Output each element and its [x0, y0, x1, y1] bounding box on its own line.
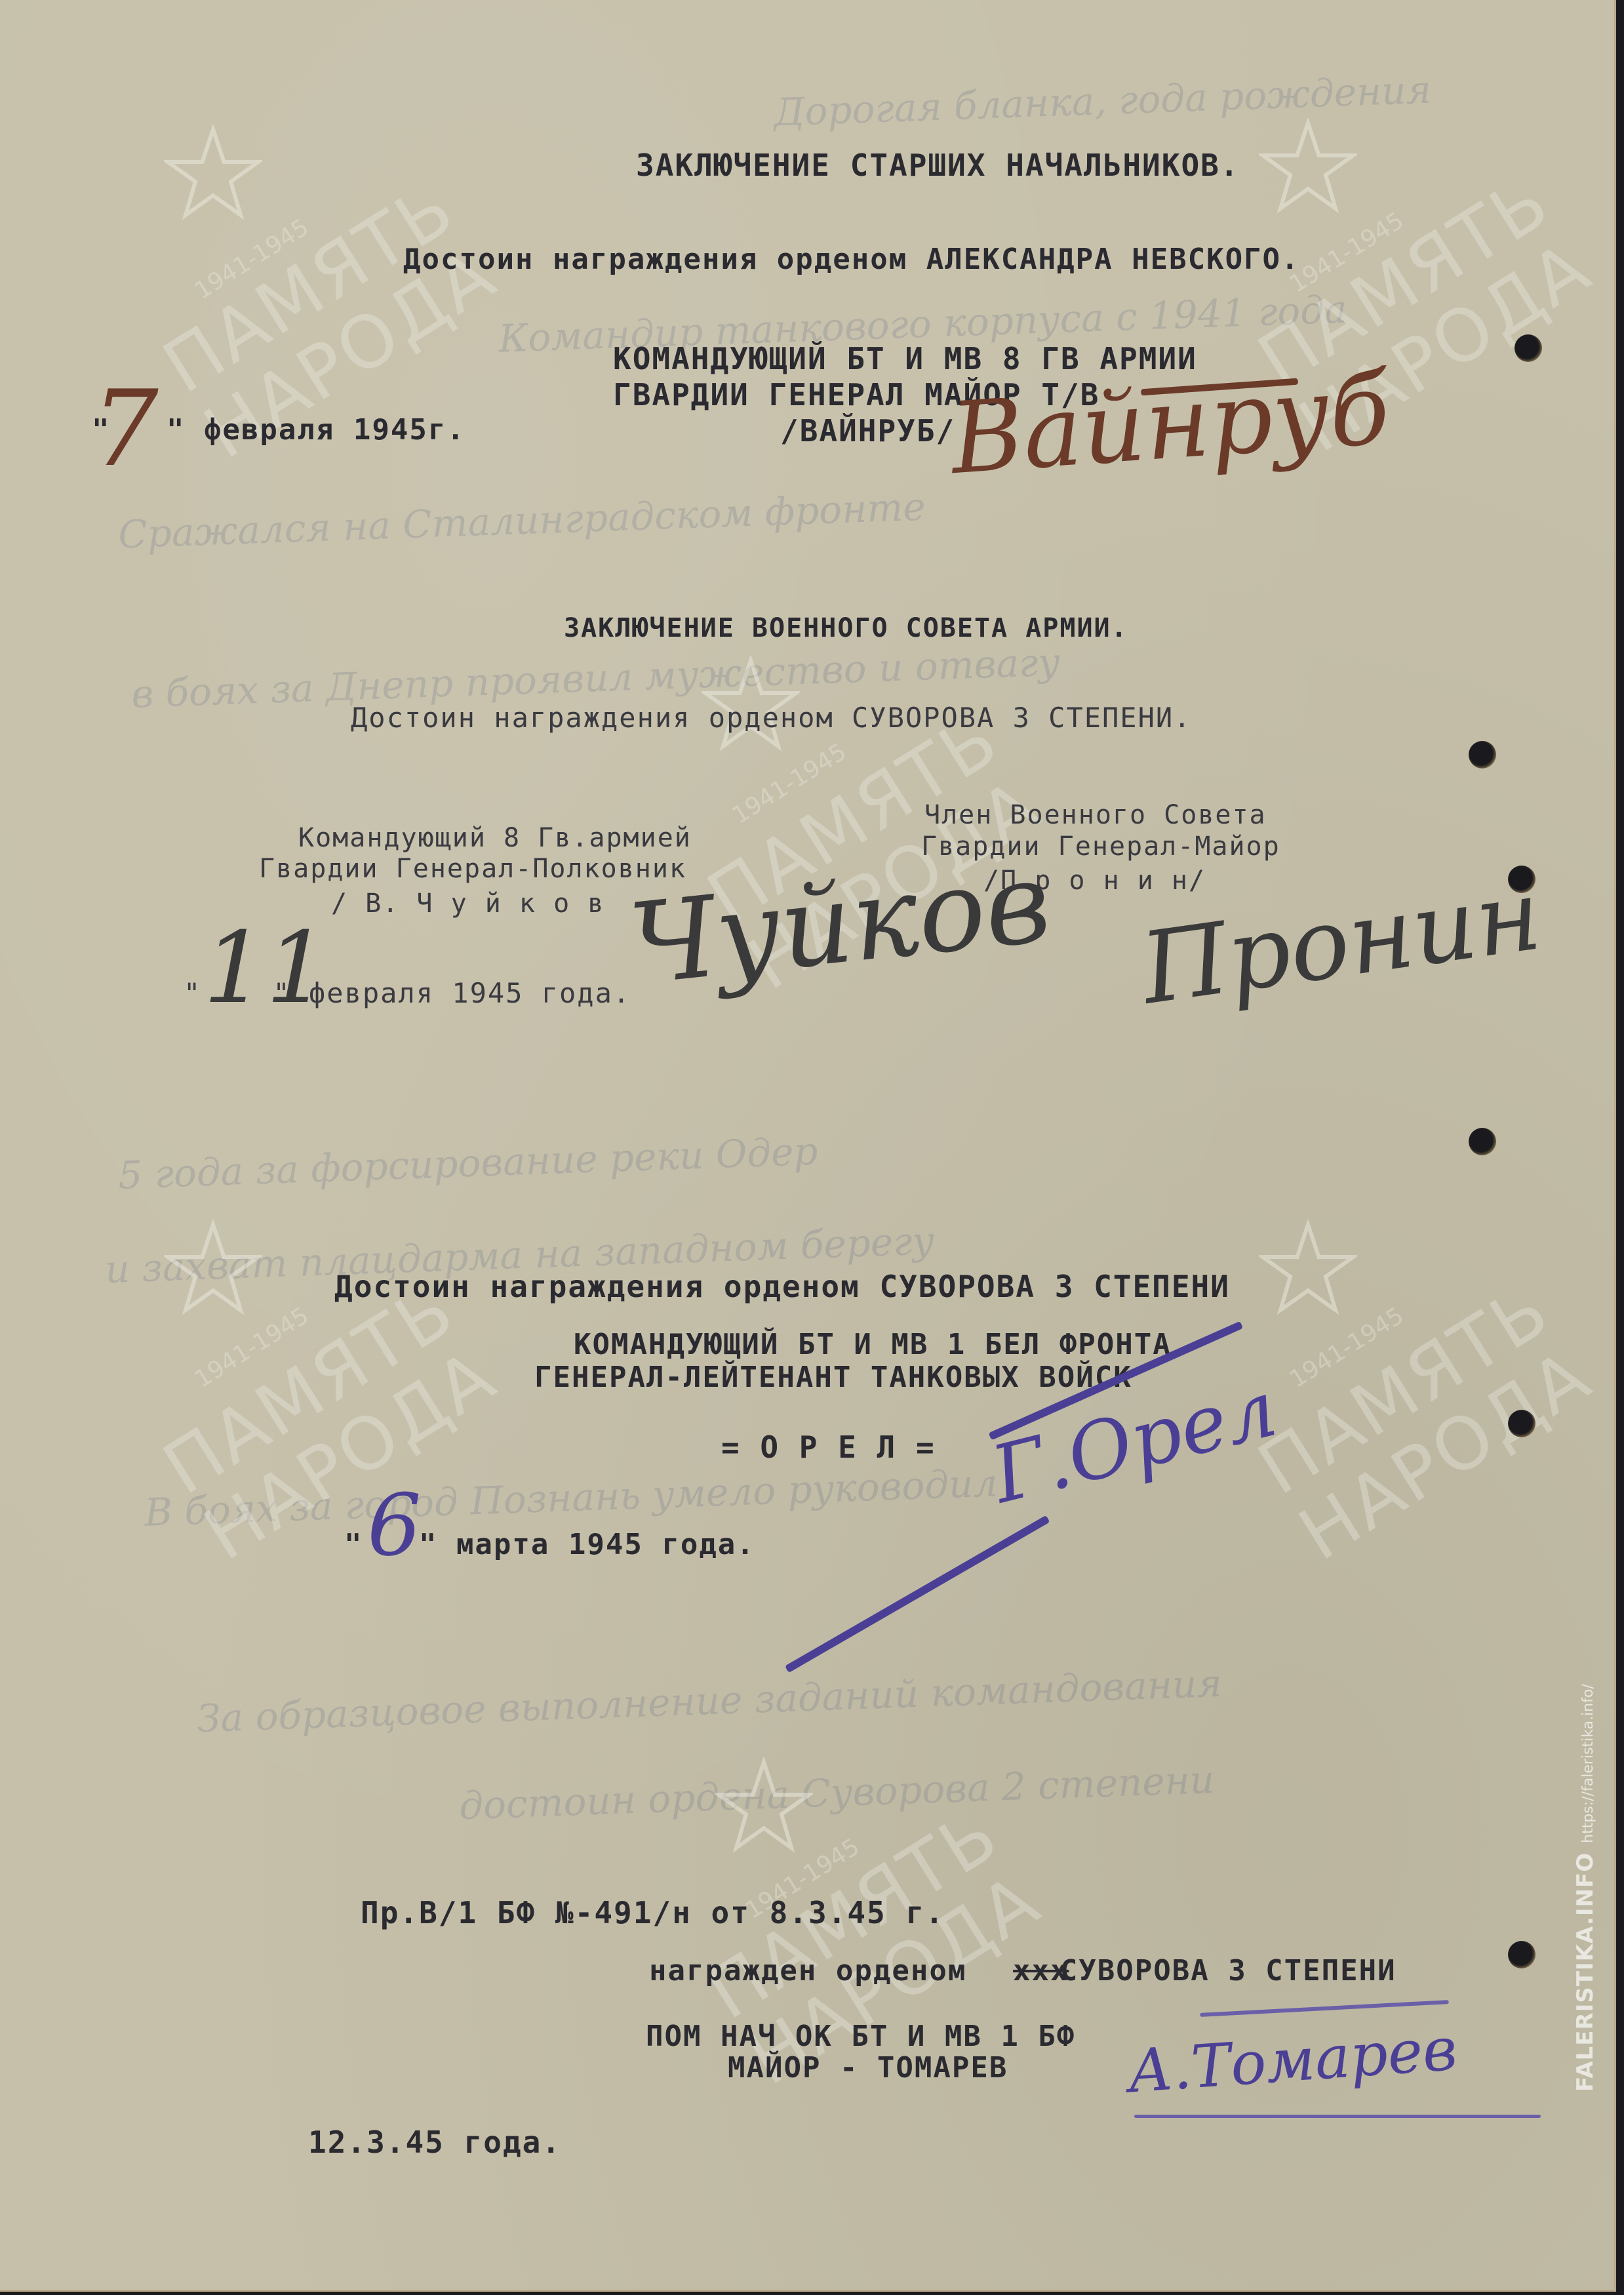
section2-left-signatory-line1: Командующий 8 Гв.армией	[298, 823, 692, 853]
star-icon	[715, 1757, 813, 1856]
section2-resolution: Достоин награждения орденом СУВОРОВА 3 С…	[351, 702, 1191, 734]
underline-stroke	[1134, 2115, 1541, 2118]
bleed-through-text: Сражался на Сталинградском фронте	[117, 485, 926, 557]
section1-resolution: Достоин награждения орденом АЛЕКСАНДРА Н…	[403, 243, 1300, 276]
bleed-through-text: За образцовое выполнение заданий командо…	[196, 1661, 1222, 1742]
section2-left-signature: Чуйков	[624, 837, 1056, 1010]
punch-hole	[1508, 1410, 1535, 1437]
section2-title: ЗАКЛЮЧЕНИЕ ВОЕННОГО СОВЕТА АРМИИ.	[564, 613, 1128, 643]
section4-signatory-line1: ПОМ НАЧ ОК БТ И МВ 1 БФ	[646, 2020, 1075, 2053]
punch-hole	[1469, 741, 1496, 768]
punch-hole	[1469, 1128, 1496, 1155]
section4-date: 12.3.45 года.	[308, 2125, 561, 2160]
section2-right-signatory-line1: Член Военного Совета	[924, 800, 1267, 830]
section3-resolution: Достоин награждения орденом СУВОРОВА 3 С…	[334, 1269, 1230, 1304]
document-page: Дорогая бланка, года рождения Командир т…	[0, 0, 1616, 2292]
bleed-through-text: 5 года за форсирование реки Одер	[117, 1128, 818, 1197]
section1-date-day: 7	[92, 367, 159, 490]
section1-signatory-name: /ВАЙНРУБ/	[780, 413, 955, 449]
star-icon	[1259, 1220, 1357, 1318]
section3-date-day: 6	[367, 1475, 422, 1575]
section1-title: ЗАКЛЮЧЕНИЕ СТАРШИХ НАЧАЛЬНИКОВ.	[636, 148, 1240, 183]
section4-order-ref: Пр.В/1 БФ №-491/н от 8.3.45 г.	[361, 1895, 945, 1930]
section3-signatory-name: = О Р Е Л =	[721, 1429, 936, 1465]
section4-struck-text: ххх	[1013, 1954, 1069, 1987]
punch-hole	[1515, 334, 1542, 362]
section2-left-signatory-name: / В. Ч у й к о в	[331, 888, 604, 919]
source-watermark: FALERISTIKA.INFOhttps://faleristika.info…	[1572, 1684, 1598, 2092]
punch-hole	[1508, 1941, 1535, 1968]
section4-signatory-line2: МАЙОР - ТОМАРЕВ	[728, 2051, 1008, 2085]
star-icon	[164, 125, 262, 223]
signature-stroke	[1200, 2000, 1449, 2017]
section2-date-day: 11	[203, 911, 328, 1026]
star-icon	[1259, 118, 1357, 216]
section3-signatory-line1: КОМАНДУЮЩИЙ БТ И МВ 1 БЕЛ ФРОНТА	[574, 1328, 1172, 1361]
bleed-through-text: достоин ордена Суворова 2 степени	[458, 1757, 1215, 1828]
section2-left-signatory-line2: Гвардии Генерал-Полковник	[259, 854, 686, 884]
section4-signature: А.Томарев	[1126, 2015, 1459, 2107]
signature-stroke	[785, 1515, 1050, 1673]
section3-signatory-line2: ГЕНЕРАЛ-ЛЕЙТЕНАНТ ТАНКОВЫХ ВОЙСК	[534, 1361, 1132, 1394]
star-icon	[164, 1220, 262, 1318]
